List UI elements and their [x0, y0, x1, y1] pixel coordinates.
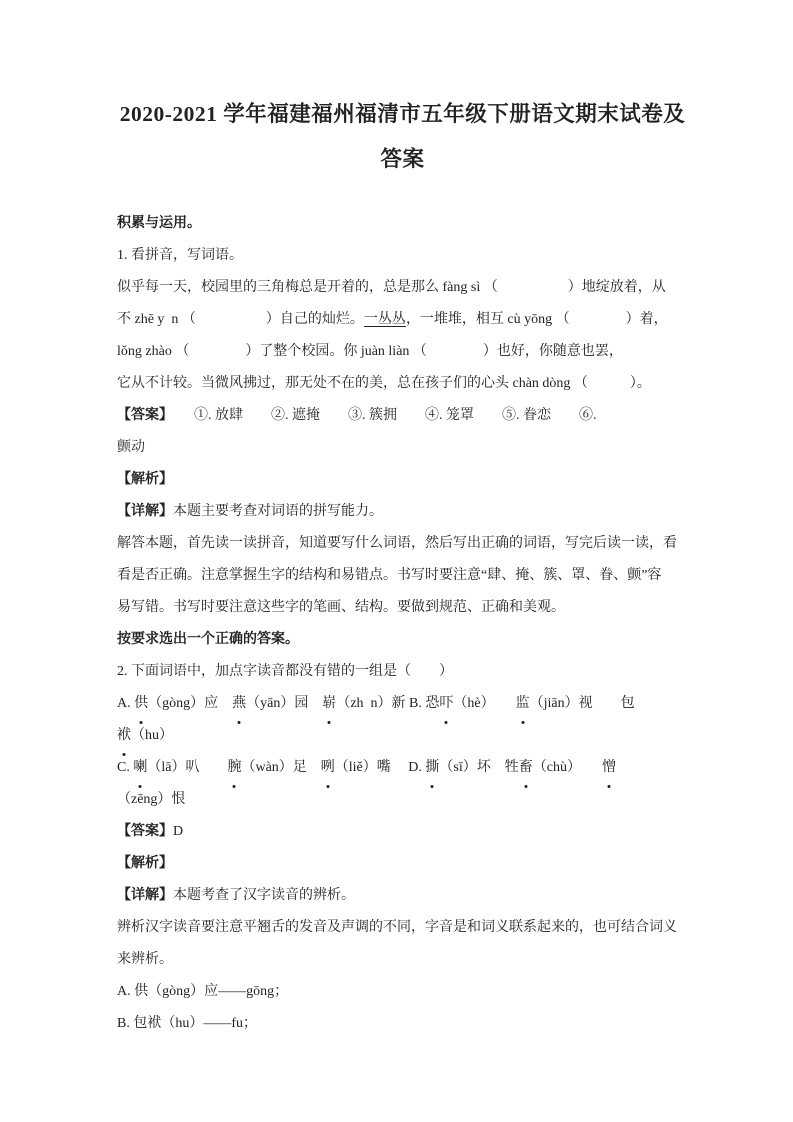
q2-options-line-1: A. 供（gòng）应 燕（yān）园 崭（zh n）新 B. 恐吓（hè） 监… — [117, 688, 688, 720]
underlined-phrase: 一丛丛 — [364, 312, 406, 327]
q1-passage-line-4: 它从不计较。当微风拂过，那无处不在的美，总在孩子们的心头 chàn dòng （… — [117, 368, 688, 400]
q2-options-line-4: （zēng）恨 — [117, 784, 688, 816]
dotted-character: 腕 — [227, 752, 241, 784]
dotted-character: 畜 — [519, 752, 533, 784]
text-run: （jiān）视 包 — [530, 696, 635, 711]
dotted-character: 监 — [516, 688, 530, 720]
dotted-character: 咧 — [321, 752, 335, 784]
text-run: A. — [117, 696, 134, 711]
bold-text: 【答案】 — [117, 408, 166, 423]
text-run: 解答本题，首先读一读拼音，知道要写什么词语，然后写出正确的词语，写完后读一读，看 — [117, 536, 677, 551]
q2-correction-b: B. 包袱（hu）——fu； — [117, 1008, 688, 1040]
text-run: 不 zhē y n （ ）自己的灿烂。 — [117, 312, 364, 327]
dotted-character: 吓 — [439, 688, 453, 720]
q1-stem: 1. 看拼音，写词语。 — [117, 240, 688, 272]
text-run: 1. 看拼音，写词语。 — [117, 248, 243, 263]
text-run: D — [173, 824, 183, 839]
q2-analysis-label: 【解析】 — [117, 848, 688, 880]
q1-detail-line: 【详解】本题主要考查对词语的拼写能力。 — [117, 496, 688, 528]
text-run: （zh n）新 B. 恐 — [336, 696, 439, 711]
text-run: 辨析汉字读音要注意平翘舌的发音及声调的不同，字音是和词义联系起来的，也可结合词义 — [117, 920, 677, 935]
dotted-character: 喇 — [133, 752, 147, 784]
q1-passage-line-2: 不 zhē y n （ ）自己的灿烂。一丛丛，一堆堆，相互 cù yōng （ … — [117, 304, 688, 336]
text-run: （sī）坏 牲 — [439, 760, 518, 775]
q1-answer-line-2: 颤动 — [117, 432, 688, 464]
document-content: 2020-2021 学年福建福州福清市五年级下册语文期末试卷及答案积累与运用。1… — [117, 92, 688, 1040]
q2-explain-line-2: 来辨析。 — [117, 944, 688, 976]
text-run: 似乎每一天，校园里的三角梅总是开着的，总是那么 fàng sì （ ）地绽放着，… — [117, 280, 666, 295]
text-run: （liě）嘴 D. — [335, 760, 426, 775]
q2-options-line-3: C. 喇（lā）叭 腕（wàn）足 咧（liě）嘴 D. 撕（sī）坏 牲畜（c… — [117, 752, 688, 784]
dotted-character: 供 — [134, 688, 148, 720]
text-run: （zēng）恨 — [117, 792, 185, 807]
q2-answer-line: 【答案】D — [117, 816, 688, 848]
text-run: B. 包袱（hu）——fu； — [117, 1016, 257, 1031]
bold-text: 【详解】 — [117, 504, 173, 519]
bold-text: 【解析】 — [117, 472, 173, 487]
text-run: 本题主要考查对词语的拼写能力。 — [173, 504, 383, 519]
dotted-character: 撕 — [425, 752, 439, 784]
bold-text: 积累与运用。 — [117, 216, 201, 231]
text-run: （chù） — [533, 760, 602, 775]
q1-passage-line-1: 似乎每一天，校园里的三角梅总是开着的，总是那么 fàng sì （ ）地绽放着，… — [117, 272, 688, 304]
text-run: 它从不计较。当微风拂过，那无处不在的美，总在孩子们的心头 chàn dòng （… — [117, 376, 651, 391]
section-heading-choice: 按要求选出一个正确的答案。 — [117, 624, 688, 656]
bold-text: 按要求选出一个正确的答案。 — [117, 632, 299, 647]
bold-text: 答案 — [380, 147, 424, 171]
page-title-line-2: 答案 — [117, 137, 688, 182]
q2-stem: 2. 下面词语中，加点字读音都没有错的一组是（ ） — [117, 656, 688, 688]
q2-correction-a: A. 供（gòng）应——gōng； — [117, 976, 688, 1008]
q1-answer-line-1: 【答案】 ①. 放肆 ②. 遮掩 ③. 簇拥 ④. 笼罩 ⑤. 眷恋 ⑥. — [117, 400, 688, 432]
text-run: 颤动 — [117, 440, 145, 455]
text-run: （hu） — [131, 728, 173, 743]
dotted-character: 崭 — [322, 688, 336, 720]
text-run: C. — [117, 760, 133, 775]
bold-text: 【解析】 — [117, 856, 173, 871]
section-heading-accumulation: 积累与运用。 — [117, 208, 688, 240]
q1-explain-line-3: 易写错。书写时要注意这些字的笔画、结构。要做到规范、正确和美观。 — [117, 592, 688, 624]
dotted-character: 憎 — [602, 752, 616, 784]
text-run: （wàn）足 — [241, 760, 320, 775]
q2-options-line-2: 袱（hu） — [117, 720, 688, 752]
dotted-character: 燕 — [232, 688, 246, 720]
text-run: 易写错。书写时要注意这些字的笔画、结构。要做到规范、正确和美观。 — [117, 600, 565, 615]
text-run: ，一堆堆，相互 cù yōng （ ）着， — [406, 312, 668, 327]
q1-passage-line-3: lǒng zhào （ ）了整个校园。你 juàn liàn （ ）也好，你随意… — [117, 336, 688, 368]
q2-detail-line: 【详解】本题考查了汉字读音的辨析。 — [117, 880, 688, 912]
q1-explain-line-2: 看是否正确。注意掌握生字的结构和易错点。书写时要注意“肆、掩、簇、罩、眷、颤”容 — [117, 560, 688, 592]
text-run: 本题考查了汉字读音的辨析。 — [173, 888, 355, 903]
q1-analysis-label: 【解析】 — [117, 464, 688, 496]
q1-explain-line-1: 解答本题，首先读一读拼音，知道要写什么词语，然后写出正确的词语，写完后读一读，看 — [117, 528, 688, 560]
dotted-character: 袱 — [117, 720, 131, 752]
document-page: 2020-2021 学年福建福州福清市五年级下册语文期末试卷及答案积累与运用。1… — [0, 0, 793, 1122]
bold-text: 【详解】 — [117, 888, 173, 903]
q2-explain-line-1: 辨析汉字读音要注意平翘舌的发音及声调的不同，字音是和词义联系起来的，也可结合词义 — [117, 912, 688, 944]
text-run: lǒng zhào （ ）了整个校园。你 juàn liàn （ ）也好，你随意… — [117, 344, 623, 359]
text-run: 看是否正确。注意掌握生字的结构和易错点。书写时要注意“肆、掩、簇、罩、眷、颤”容 — [117, 568, 661, 583]
text-run: A. 供（gòng）应——gōng； — [117, 984, 288, 999]
text-run: 2. 下面词语中，加点字读音都没有错的一组是（ ） — [117, 664, 453, 679]
bold-text: 2020-2021 学年福建福州福清市五年级下册语文期末试卷及 — [120, 102, 686, 126]
page-title-line-1: 2020-2021 学年福建福州福清市五年级下册语文期末试卷及 — [117, 92, 688, 137]
bold-text: 【答案】 — [117, 824, 173, 839]
text-run: （gòng）应 — [148, 696, 232, 711]
text-run: （hè） — [453, 696, 515, 711]
text-run: （lā）叭 — [147, 760, 227, 775]
text-run: ①. 放肆 ②. 遮掩 ③. 簇拥 ④. 笼罩 ⑤. 眷恋 ⑥. — [166, 408, 597, 423]
text-run: 来辨析。 — [117, 952, 173, 967]
text-run: （yān）园 — [246, 696, 322, 711]
